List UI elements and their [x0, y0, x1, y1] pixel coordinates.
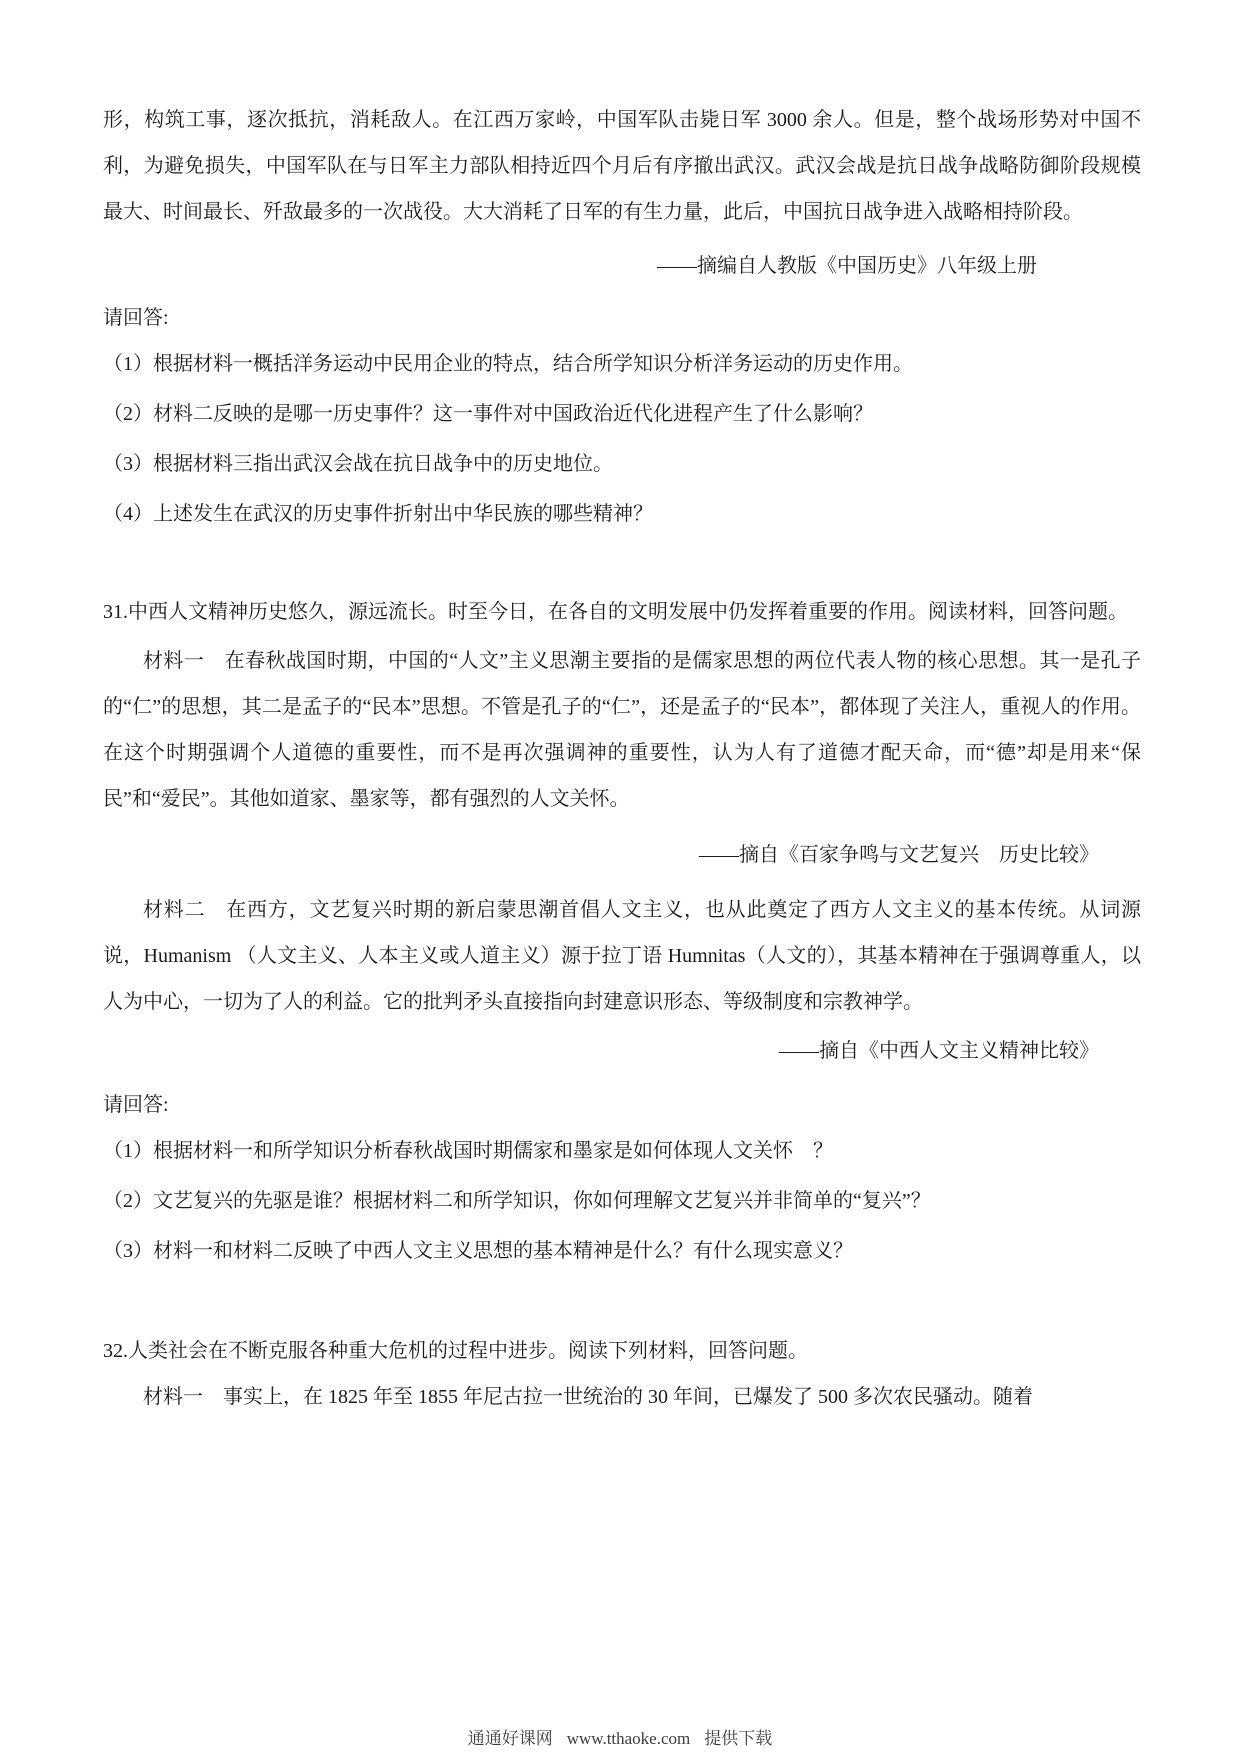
footer-site-name: 通通好课网 — [468, 1729, 553, 1748]
footer-download-note: 提供下载 — [704, 1729, 772, 1748]
material2-text: 材料二 在西方，文艺复兴时期的新启蒙思潮首倡人文主义，也从此奠定了西方人文主义的… — [103, 887, 1141, 1025]
sub-question-1: （1）根据材料一概括洋务运动中民用企业的特点，结合所学知识分析洋务运动的历史作用… — [103, 341, 1141, 387]
sub-question-3: （3）根据材料三指出武汉会战在抗日战争中的历史地位。 — [103, 441, 1141, 487]
sub-question-2: （2）文艺复兴的先驱是谁？根据材料二和所学知识，你如何理解文艺复兴并非简单的“复… — [103, 1178, 1141, 1224]
sub-question-1: （1）根据材料一和所学知识分析春秋战国时期儒家和墨家是如何体现人文关怀 ？ — [103, 1128, 1141, 1174]
material3-source: ——摘编自人教版《中国历史》八年级上册 — [103, 243, 1141, 289]
material1-source: ——摘自《百家争鸣与文艺复兴 历史比较》 — [103, 832, 1141, 878]
question32-stem: 32.人类社会在不断克服各种重大危机的过程中进步。阅读下列材料，回答问题。 — [103, 1328, 1141, 1374]
sub-question-4: （4）上述发生在武汉的历史事件折射出中华民族的哪些精神？ — [103, 491, 1141, 537]
material1-partial-text: 材料一 事实上，在 1825 年至 1855 年尼古拉一世统治的 30 年间，已… — [103, 1374, 1141, 1420]
answer-prompt: 请回答: — [103, 1082, 1141, 1128]
question31-stem: 31.中西人文精神历史悠久，源远流长。时至今日，在各自的文明发展中仍发挥着重要的… — [103, 589, 1141, 635]
question30-block: 形，构筑工事，逐次抵抗，消耗敌人。在江西万家岭，中国军队击毙日军 3000 余人… — [103, 97, 1141, 537]
sub-question-3: （3）材料一和材料二反映了中西人文主义思想的基本精神是什么？有什么现实意义？ — [103, 1228, 1141, 1274]
answer-prompt: 请回答: — [103, 295, 1141, 341]
footer-site-url: www.tthaoke.com — [567, 1729, 691, 1748]
material2-source: ——摘自《中西人文主义精神比较》 — [103, 1028, 1141, 1074]
exam-page: 形，构筑工事，逐次抵抗，消耗敌人。在江西万家岭，中国军队击毙日军 3000 余人… — [0, 0, 1240, 1754]
material3-continuation-text: 形，构筑工事，逐次抵抗，消耗敌人。在江西万家岭，中国军队击毙日军 3000 余人… — [103, 97, 1141, 235]
material1-text: 材料一 在春秋战国时期，中国的“人文”主义思潮主要指的是儒家思想的两位代表人物的… — [103, 638, 1141, 822]
page-footer: 通通好课网www.tthaoke.com提供下载 — [0, 1728, 1240, 1750]
sub-question-2: （2）材料二反映的是哪一历史事件？这一事件对中国政治近代化进程产生了什么影响？ — [103, 391, 1141, 437]
question31-block: 31.中西人文精神历史悠久，源远流长。时至今日，在各自的文明发展中仍发挥着重要的… — [103, 589, 1141, 1274]
question32-block: 32.人类社会在不断克服各种重大危机的过程中进步。阅读下列材料，回答问题。 材料… — [103, 1328, 1141, 1420]
